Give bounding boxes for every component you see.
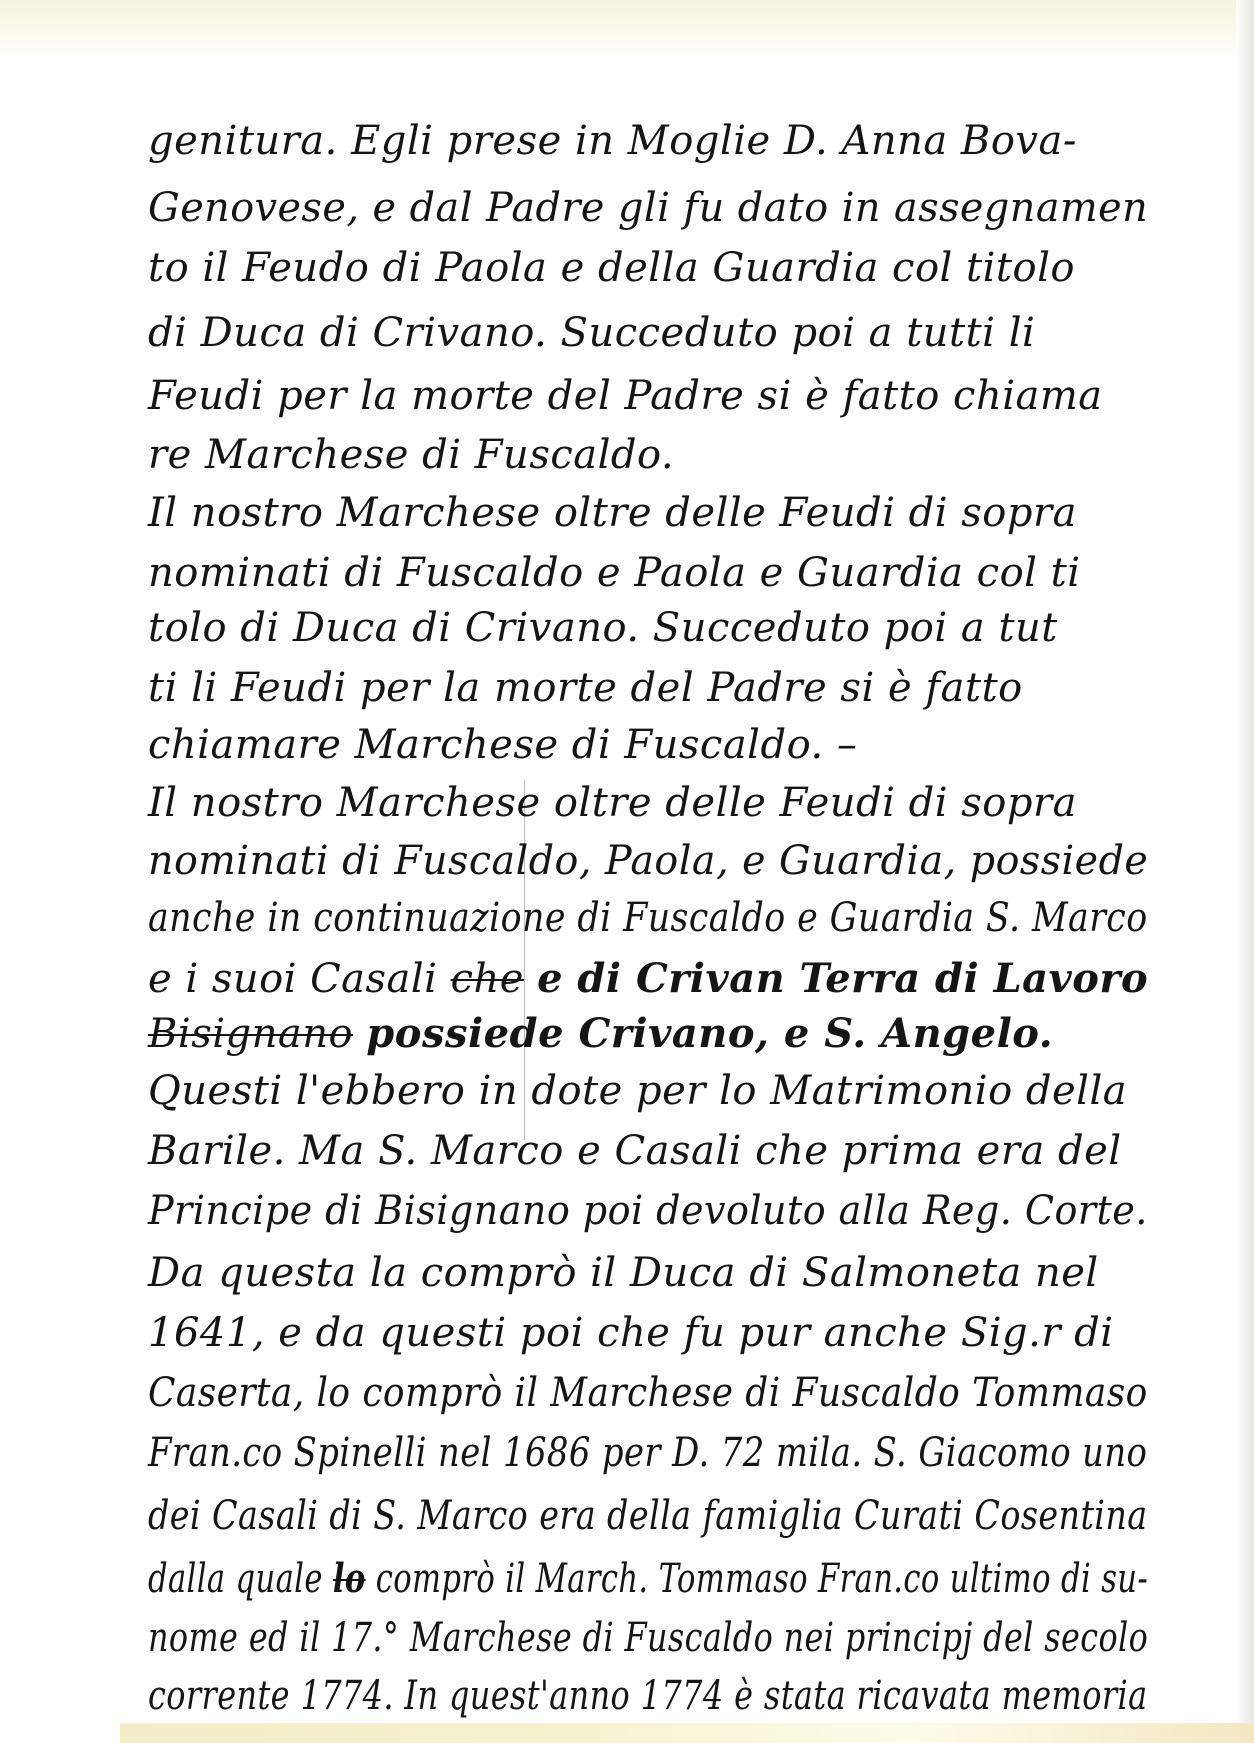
manuscript-line-27: corrente 1774. In quest'anno 1774 è stat… bbox=[148, 1673, 1148, 1719]
manuscript-line-9: tolo di Duca di Crivano. Succeduto poi a… bbox=[148, 605, 1058, 651]
line-25-prefix: dalla quale bbox=[148, 1556, 323, 1602]
manuscript-line-3: to il Feudo di Paola e della Guardia col… bbox=[148, 245, 1075, 291]
manuscript-line-26: nome ed il 17.° Marchese di Fuscaldo nei… bbox=[148, 1615, 1148, 1661]
manuscript-line-15: e i suoi Casali che e di Crivan Terra di… bbox=[148, 955, 1148, 1002]
manuscript-line-25: dalla quale lo comprò il March. Tommaso … bbox=[148, 1555, 1148, 1602]
manuscript-line-22: Caserta, lo comprò il Marchese di Fuscal… bbox=[148, 1370, 1148, 1416]
manuscript-line-12: Il nostro Marchese oltre delle Feudi di … bbox=[148, 780, 1077, 826]
manuscript-line-21: 1641, e da questi poi che fu pur anche S… bbox=[148, 1310, 1114, 1356]
manuscript-line-10: ti li Feudi per la morte del Padre si è … bbox=[148, 665, 1023, 711]
manuscript-line-2: Genovese, e dal Padre gli fu dato in ass… bbox=[148, 185, 1148, 231]
manuscript-line-7: Il nostro Marchese oltre delle Feudi di … bbox=[148, 490, 1077, 536]
manuscript-page: genitura. Egli prese in Moglie D. Anna B… bbox=[0, 0, 1254, 1743]
manuscript-line-16: Bisignano possiede Crivano, e S. Angelo. bbox=[148, 1010, 1053, 1057]
line-15-struck-word: che bbox=[451, 956, 524, 1002]
scan-top-border bbox=[0, 0, 1254, 60]
manuscript-line-6: re Marchese di Fuscaldo. bbox=[148, 432, 674, 478]
line-25-main: comprò il March. Tommaso Fran.co ultimo … bbox=[376, 1556, 1148, 1602]
scan-bottom-border bbox=[120, 1723, 1254, 1743]
manuscript-line-24: dei Casali di S. Marco era della famigli… bbox=[148, 1493, 1148, 1539]
line-15-prefix: e i suoi Casali bbox=[148, 956, 437, 1002]
manuscript-line-17: Questi l'ebbero in dote per lo Matrimoni… bbox=[148, 1068, 1127, 1114]
manuscript-line-14: anche in continuazione di Fuscaldo e Gua… bbox=[148, 895, 1148, 941]
line-16-struck-word: Bisignano bbox=[148, 1011, 353, 1057]
manuscript-line-5: Feudi per la morte del Padre si è fatto … bbox=[148, 373, 1103, 419]
manuscript-line-1: genitura. Egli prese in Moglie D. Anna B… bbox=[148, 118, 1077, 164]
line-25-struck-word: lo bbox=[333, 1555, 366, 1602]
manuscript-line-4: di Duca di Crivano. Succeduto poi a tutt… bbox=[148, 310, 1035, 356]
manuscript-line-18: Barile. Ma S. Marco e Casali che prima e… bbox=[148, 1128, 1122, 1174]
manuscript-line-23: Fran.co Spinelli nel 1686 per D. 72 mila… bbox=[148, 1430, 1147, 1476]
line-15-inserted-text: e di Crivan Terra di Lavoro bbox=[537, 955, 1148, 1002]
manuscript-line-13: nominati di Fuscaldo, Paola, e Guardia, … bbox=[148, 838, 1148, 884]
manuscript-line-20: Da questa la comprò il Duca di Salmoneta… bbox=[148, 1250, 1099, 1296]
manuscript-line-8: nominati di Fuscaldo e Paola e Guardia c… bbox=[148, 550, 1081, 596]
manuscript-line-19: Principe di Bisignano poi devoluto alla … bbox=[148, 1188, 1148, 1234]
scan-right-edge bbox=[1236, 0, 1254, 1743]
manuscript-line-11: chiamare Marchese di Fuscaldo. – bbox=[148, 722, 857, 768]
line-16-inserted-text: possiede Crivano, e S. Angelo. bbox=[366, 1010, 1053, 1057]
